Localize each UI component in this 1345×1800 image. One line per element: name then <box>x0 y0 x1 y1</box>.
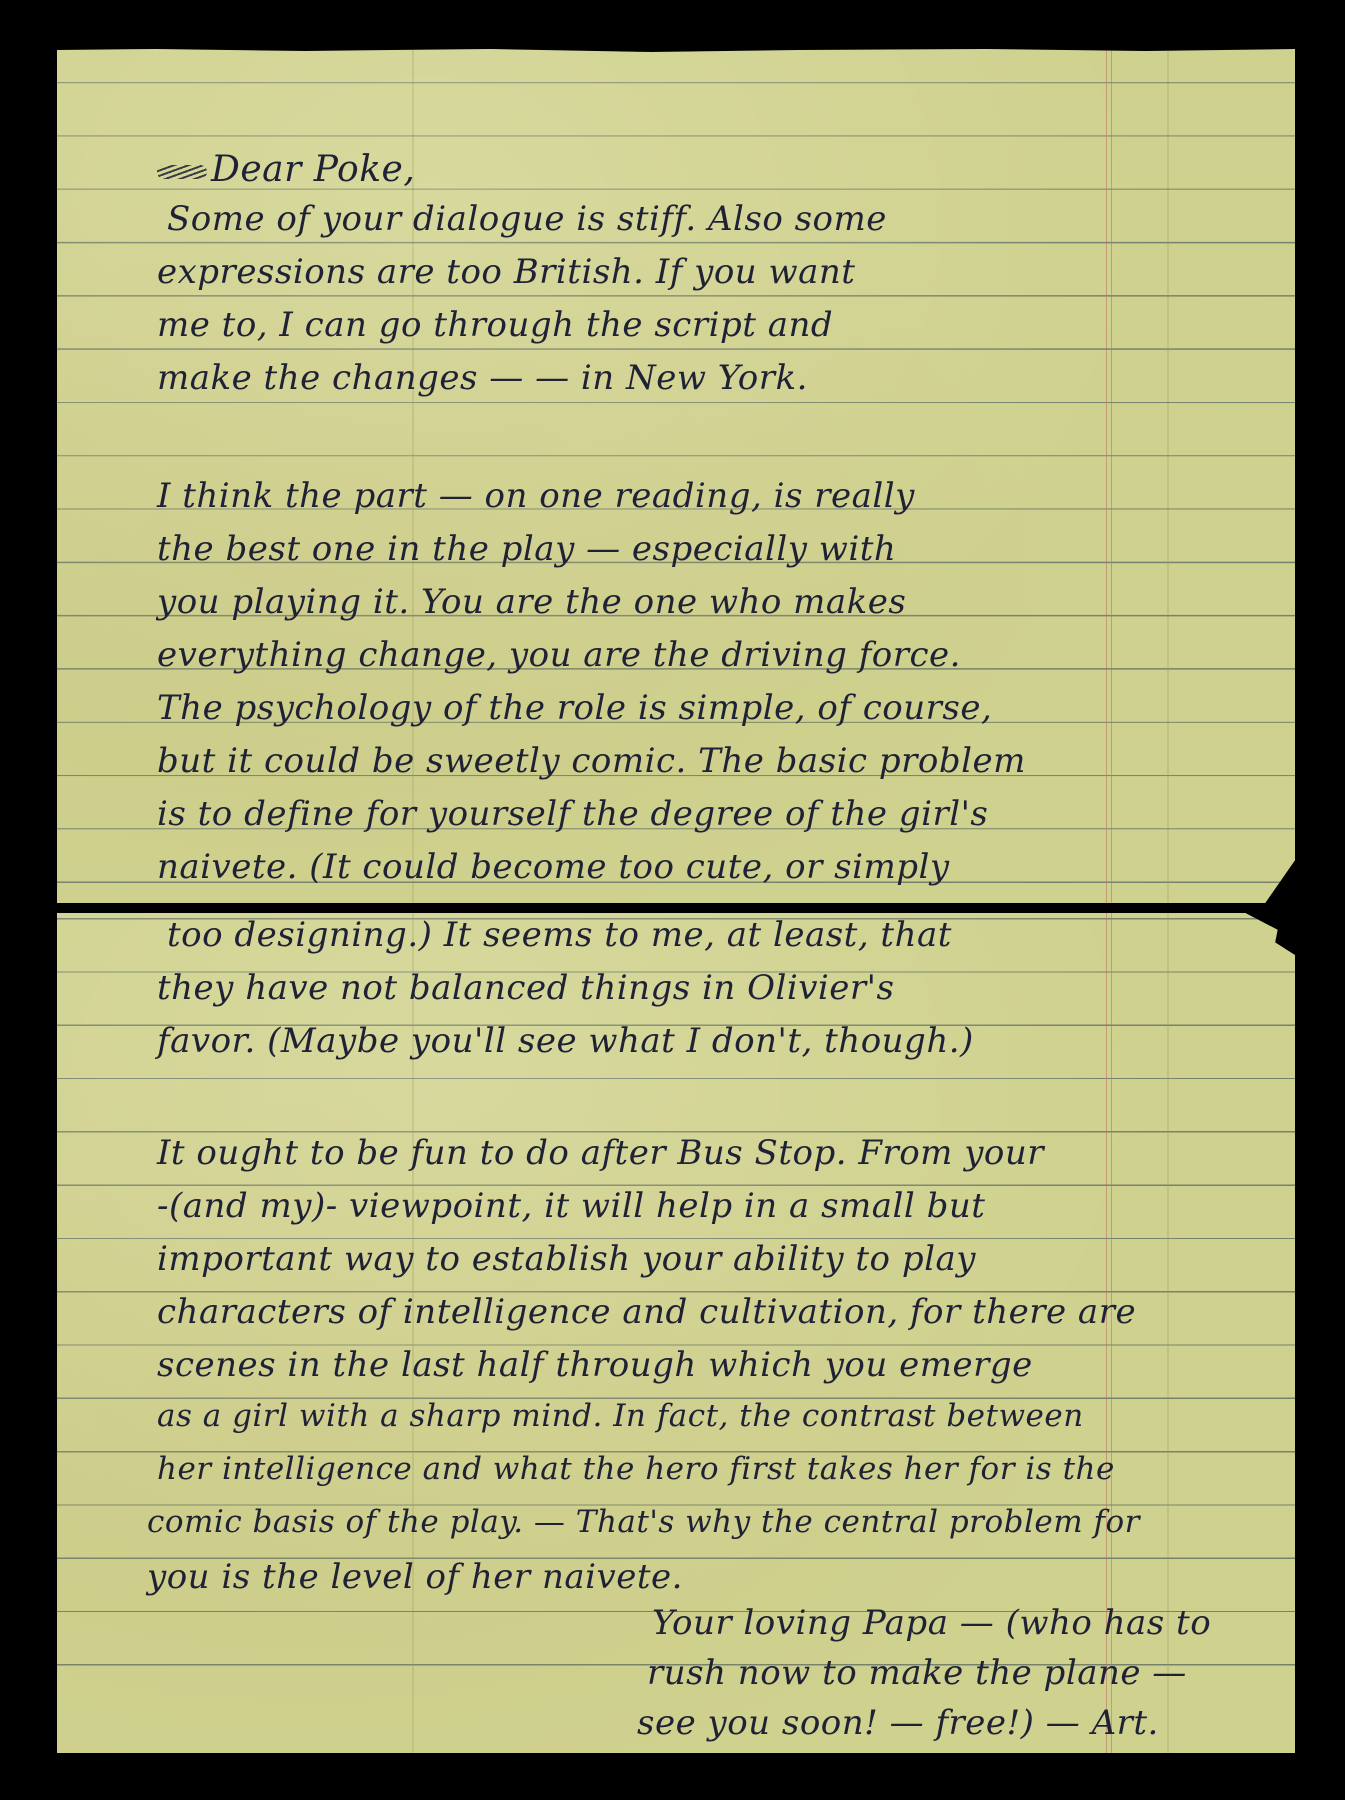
letter-line: everything change, you are the driving f… <box>157 635 961 675</box>
letter-line: make the changes — — in New York. <box>157 358 808 398</box>
letter-line: you is the level of her naivete. <box>147 1557 683 1597</box>
letter-line: too designing.) It seems to me, at least… <box>167 915 952 955</box>
crossed-out-scribble <box>157 165 207 179</box>
letter-line: you playing it. You are the one who make… <box>157 582 906 622</box>
letter-line: me to, I can go through the script and <box>157 305 833 345</box>
signature-line: see you soon! — free!) — Art. <box>637 1703 1159 1743</box>
letter-line: expressions are too British. If you want <box>157 252 855 292</box>
letter-line: I think the part — on one reading, is re… <box>157 476 915 516</box>
salutation-line: Dear Poke, <box>157 149 415 190</box>
letter-line: her intelligence and what the hero first… <box>157 1451 1115 1487</box>
letter-line: comic basis of the play. — That's why th… <box>147 1504 1140 1540</box>
letter-line: the best one in the play — especially wi… <box>157 529 896 569</box>
letter-line: they have not balanced things in Olivier… <box>157 968 894 1008</box>
letter-page-bottom-piece: too designing.) It seems to me, at least… <box>57 913 1295 1753</box>
letter-page-top-piece: Dear Poke, Some of your dialogue is stif… <box>57 49 1295 903</box>
letter-line: is to define for yourself the degree of … <box>157 794 988 834</box>
salutation: Dear Poke, <box>211 149 415 190</box>
letter-line: naivete. (It could become too cute, or s… <box>157 847 950 887</box>
letter-line: It ought to be fun to do after Bus Stop.… <box>157 1133 1044 1173</box>
closing-line: rush now to make the plane — <box>647 1653 1187 1693</box>
letter-line: favor. (Maybe you'll see what I don't, t… <box>157 1021 974 1061</box>
letter-line: -(and my)- viewpoint, it will help in a … <box>157 1186 985 1226</box>
letter-line: scenes in the last half through which yo… <box>157 1345 1033 1385</box>
letter-line: but it could be sweetly comic. The basic… <box>157 741 1026 781</box>
letter-line: Some of your dialogue is stiff. Also som… <box>167 199 887 239</box>
letter-text-top: Dear Poke, Some of your dialogue is stif… <box>57 49 1295 903</box>
closing-line: Your loving Papa — (who has to <box>652 1603 1211 1643</box>
letter-line: important way to establish your ability … <box>157 1239 976 1279</box>
letter-line: as a girl with a sharp mind. In fact, th… <box>157 1398 1084 1434</box>
letter-text-bottom: too designing.) It seems to me, at least… <box>57 913 1295 1753</box>
letter-line: The psychology of the role is simple, of… <box>157 688 992 728</box>
letter-line: characters of intelligence and cultivati… <box>157 1292 1136 1332</box>
